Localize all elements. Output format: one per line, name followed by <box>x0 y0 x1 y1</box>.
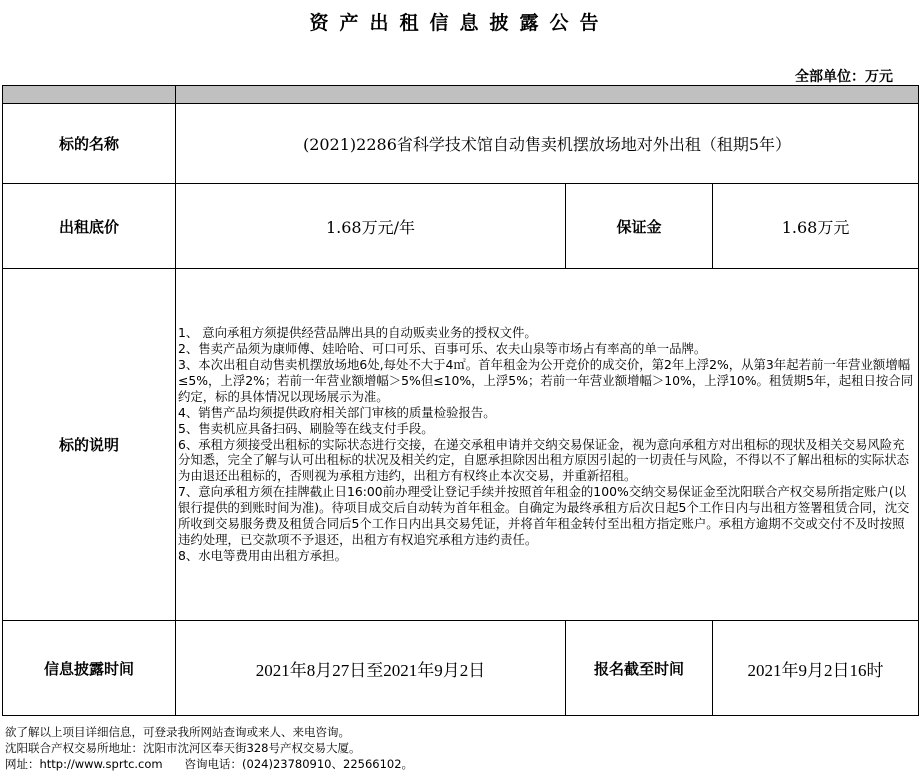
disclosure-time-value: 2021年8月27日至2021年9月2日 <box>176 621 566 716</box>
price-value: 1.68万元/年 <box>176 184 566 269</box>
table-row-price: 出租底价 1.68万元/年 保证金 1.68万元 <box>3 184 919 269</box>
deposit-label: 保证金 <box>566 184 713 269</box>
page-title: 资产出租信息披露公告 <box>0 8 919 35</box>
deposit-value: 1.68万元 <box>713 184 919 269</box>
description-item: 7、意向承租方须在挂牌截止日16:00前办理受让登记手续并按照首年租金的100%… <box>178 484 916 548</box>
price-label: 出租底价 <box>3 184 176 269</box>
description-item: 8、水电等费用由出租方承担。 <box>178 548 916 564</box>
description-item: 4、销售产品均须提供政府相关部门审核的质量检验报告。 <box>178 405 916 421</box>
description-item: 2、售卖产品须为康师傅、娃哈哈、可口可乐、百事可乐、农夫山泉等市场占有率高的单一… <box>178 341 916 357</box>
footer-address: 沈阳联合产权交易所地址：沈阳市沈河区奉天街328号产权交易大厦。 <box>5 740 413 756</box>
footer-inquiry-note: 欲了解以上项目详细信息，可登录我所网站查询或来人、来电咨询。 <box>5 724 413 740</box>
table-row-name: 标的名称 (2021)2286省科学技术馆自动售卖机摆放场地对外出租（租期5年） <box>3 104 919 184</box>
disclosure-time-label: 信息披露时间 <box>3 621 176 716</box>
table-row-time: 信息披露时间 2021年8月27日至2021年9月2日 报名截至时间 2021年… <box>3 621 919 716</box>
table-row-description: 标的说明 1、 意向承租方须提供经营品牌出具的自动贩卖业务的授权文件。 2、售卖… <box>3 269 919 621</box>
description-item: 1、 意向承租方须提供经营品牌出具的自动贩卖业务的授权文件。 <box>178 325 916 341</box>
footer-contact: 网址：http://www.sprtc.com 咨询电话：(024)237809… <box>5 756 413 772</box>
description-item: 5、售卖机应具备扫码、刷脸等在线支付手段。 <box>178 421 916 437</box>
deadline-label: 报名截至时间 <box>566 621 713 716</box>
name-label: 标的名称 <box>3 104 176 184</box>
header-cell-right <box>176 86 919 104</box>
unit-label: 全部单位：万元 <box>795 66 893 86</box>
description-item: 6、承租方须接受出租标的实际状态进行交接，在递交承租申请并交纳交易保证金，视为意… <box>178 437 916 485</box>
header-cell-left <box>3 86 176 104</box>
table-header-row <box>3 86 919 104</box>
description-label: 标的说明 <box>3 269 176 621</box>
description-item: 3、本次出租自动售卖机摆放场地6处,每处不大于4㎡。首年租金为公开竞价的成交价，… <box>178 357 916 405</box>
announcement-table: 标的名称 (2021)2286省科学技术馆自动售卖机摆放场地对外出租（租期5年）… <box>2 85 919 716</box>
name-value: (2021)2286省科学技术馆自动售卖机摆放场地对外出租（租期5年） <box>176 104 919 184</box>
description-content: 1、 意向承租方须提供经营品牌出具的自动贩卖业务的授权文件。 2、售卖产品须为康… <box>176 269 919 621</box>
footer: 欲了解以上项目详细信息，可登录我所网站查询或来人、来电咨询。 沈阳联合产权交易所… <box>5 724 413 772</box>
deadline-value: 2021年9月2日16时 <box>713 621 919 716</box>
